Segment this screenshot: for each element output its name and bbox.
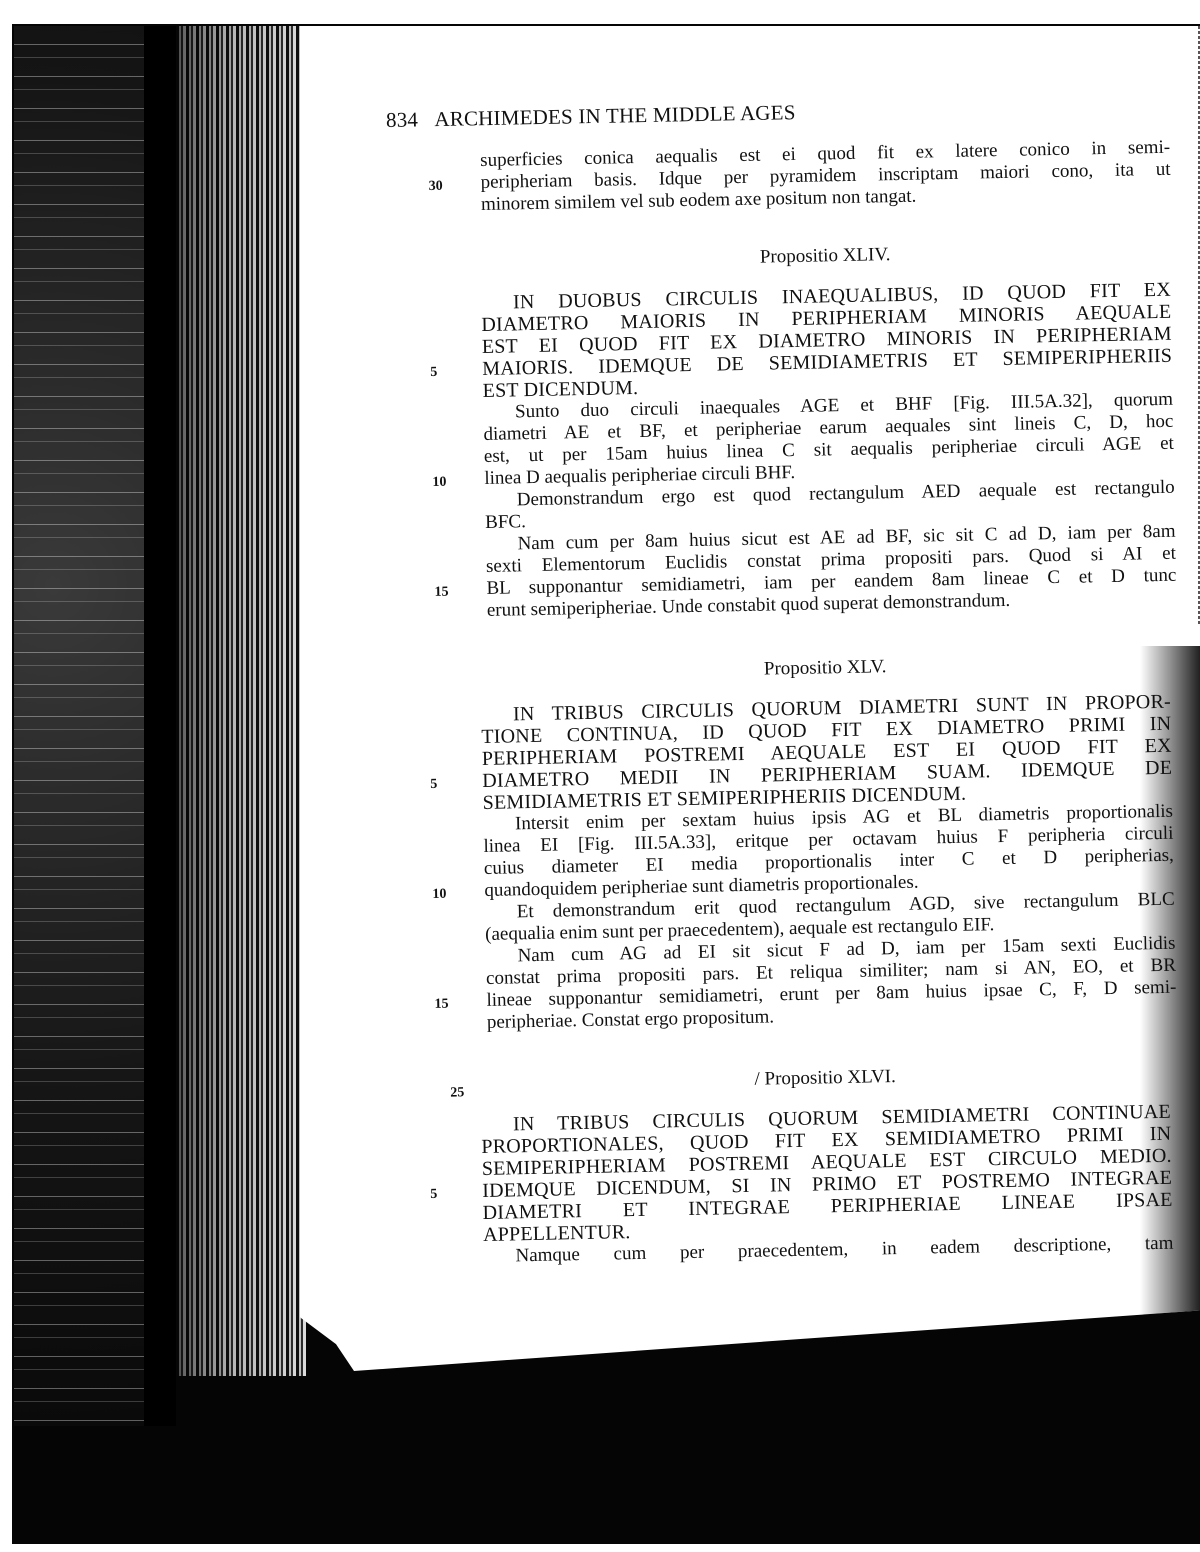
proposition-45: Propositio XLV. IN TRIBUS CIRCULIS QUORU…	[480, 651, 1177, 1034]
line-number: 10	[432, 883, 462, 906]
line-number: 30	[428, 175, 458, 198]
proposition-44: Propositio XLIV. IN DUOBUS CIRCULIS INAE…	[480, 239, 1177, 622]
book-spine	[144, 26, 176, 1426]
line-number: 10	[432, 471, 462, 494]
line-number: 25	[450, 1082, 480, 1105]
line-number: 5	[430, 1183, 460, 1206]
proposition-46: 25 / Propositio XLVI. IN TRIBUS CIRCULIS…	[480, 1061, 1174, 1268]
line-number: 15	[434, 993, 464, 1016]
page-edges-shading	[176, 26, 316, 1376]
line-number: 15	[434, 581, 464, 604]
line-number: 5	[430, 361, 460, 384]
book-left-page-shadow	[14, 26, 144, 1426]
line-number: 5	[430, 773, 460, 796]
continuation-paragraph: superficies conica aequalis est ei quod …	[480, 137, 1171, 216]
page-number: 834	[386, 107, 419, 132]
